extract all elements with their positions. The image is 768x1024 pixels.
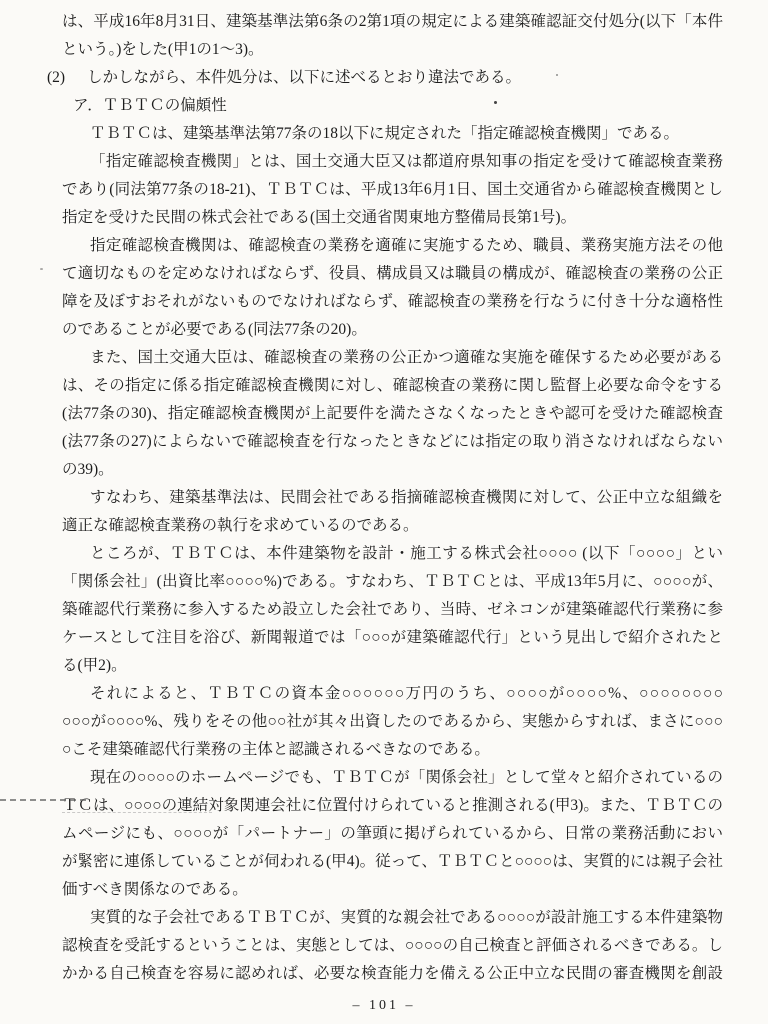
text-line: 認検査を受託するということは、実態としては、○○○○の自己検査と評価されるべきで…	[62, 932, 723, 960]
line-text: 障を及ぼすおそれがないものでなければならず、確認検査の業務を行なうに付き十分な適…	[62, 288, 723, 316]
scan-speck	[494, 101, 497, 104]
text-line: ＴＢＴＣは、建築基準法第77条の18以下に規定された「指定確認検査機関」である。	[62, 120, 723, 148]
text-line: は、平成16年8月31日、建築基準法第6条の2第1項の規定による建築確認証交付処…	[62, 8, 723, 36]
scan-artifact-underline	[62, 812, 212, 813]
line-text: という。)をした(甲1の1～3)。	[62, 41, 264, 58]
text-line: 実質的な子会社であるＴＢＴＣが、実質的な親会社である○○○○が設計施工する本件建…	[62, 904, 723, 932]
line-text: ＴＣは、○○○○の連結対象関連会社に位置付けられていると推測される(甲3)。また…	[62, 792, 723, 820]
text-line: のであることが必要である(同法77条の20)。	[62, 316, 723, 344]
text-line: ところが、ＴＢＴＣは、本件建築物を設計・施工する株式会社○○○○ (以下「○○○…	[62, 540, 723, 568]
text-line: かかる自己検査を容易に認めれば、必要な検査能力を備える公正中立な民間の審査機関を…	[62, 960, 723, 988]
text-line: 「関係会社」(出資比率○○○○%)である。すなわち、ＴＢＴＣとは、平成13年5月…	[62, 568, 723, 596]
line-text: しかしながら、本件処分は、以下に述べるとおり違法である。	[87, 69, 521, 86]
line-text: は、平成16年8月31日、建築基準法第6条の2第1項の規定による建築確認証交付処…	[62, 8, 723, 36]
document-lines: は、平成16年8月31日、建築基準法第6条の2第1項の規定による建築確認証交付処…	[62, 8, 723, 988]
text-line: 現在の○○○○のホームページでも、ＴＢＴＣが「関係会社」として堂々と紹介されてい…	[62, 764, 723, 792]
line-text: ○こそ建築確認代行業務の主体と認識されるべきなのである。	[62, 741, 490, 758]
line-text: は、その指定に係る指定確認検査機関に対し、確認検査の業務に関し監督上必要な命令を…	[62, 372, 723, 400]
line-text: 適正な確認検査業務の執行を求めているのである。	[62, 517, 419, 534]
text-line: て適切なものを定めなければならず、役員、構成員又は職員の構成が、確認検査の業務の…	[62, 260, 723, 288]
line-text: 認検査を受託するということは、実態としては、○○○○の自己検査と評価されるべきで…	[62, 932, 723, 960]
text-line: 築確認代行業務に参入するため設立した会社であり、当時、ゼネコンが建築確認代行業務…	[62, 596, 723, 624]
text-line: 「指定確認検査機関」とは、国土交通大臣又は都道府県知事の指定を受けて確認検査業務…	[62, 148, 723, 176]
line-text: 現在の○○○○のホームページでも、ＴＢＴＣが「関係会社」として堂々と紹介されてい…	[90, 764, 723, 792]
text-line: 価すべき関係なのである。	[62, 876, 723, 904]
line-text: (法77条の30)、指定確認検査機関が上記要件を満たさなくなったときや認可を受け…	[62, 400, 723, 428]
scanned-page: は、平成16年8月31日、建築基準法第6条の2第1項の規定による建築確認証交付処…	[0, 0, 768, 1024]
text-line: ○○○が○○○○%、残りをその他○○社が其々出資したのであるから、実態からすれば…	[62, 708, 723, 736]
text-line: という。)をした(甲1の1～3)。	[62, 36, 723, 64]
text-line: 指定確認検査機関は、確認検査の業務を適確に実施するため、職員、業務実施方法その他…	[62, 232, 723, 260]
text-line: は、その指定に係る指定確認検査機関に対し、確認検査の業務に関し監督上必要な命令を…	[62, 372, 723, 400]
text-line: 指定を受けた民間の株式会社である(国土交通省関東地方整備局長第1号)。	[62, 204, 723, 232]
text-line: すなわち、建築基準法は、民間会社である指摘確認検査機関に対して、公正中立な組織を…	[62, 484, 723, 512]
line-text: (法77条の27)によらないで確認検査を行なったときなどには指定の取り消さなけれ…	[62, 428, 723, 456]
text-line: の39)。	[62, 456, 723, 484]
line-text: ア．ＴＢＴＣの偏頗性	[73, 97, 227, 114]
line-text: 実質的な子会社であるＴＢＴＣが、実質的な親会社である○○○○が設計施工する本件建…	[90, 904, 723, 932]
text-line: 障を及ぼすおそれがないものでなければならず、確認検査の業務を行なうに付き十分な適…	[62, 288, 723, 316]
text-line: ＴＣは、○○○○の連結対象関連会社に位置付けられていると推測される(甲3)。また…	[62, 792, 723, 820]
line-text: ところが、ＴＢＴＣは、本件建築物を設計・施工する株式会社○○○○ (以下「○○○…	[90, 540, 723, 568]
text-line: ムページにも、○○○○が「パートナー」の筆頭に掲げられているから、日常の業務活動…	[62, 820, 723, 848]
text-line: ケースとして注目を浴び、新聞報道では「○○○が建築確認代行」という見出しで紹介さ…	[62, 624, 723, 652]
line-text: 価すべき関係なのである。	[62, 881, 248, 898]
list-marker: (2)	[47, 64, 87, 92]
line-text: 指定を受けた民間の株式会社である(国土交通省関東地方整備局長第1号)。	[62, 209, 576, 226]
line-text: のであることが必要である(同法77条の20)。	[62, 321, 367, 338]
line-text: であり(同法第77条の18-21)、ＴＢＴＣは、平成13年6月1日、国土交通省か…	[62, 176, 723, 204]
page-number: – 101 –	[0, 998, 768, 1014]
line-text: 「関係会社」(出資比率○○○○%)である。すなわち、ＴＢＴＣとは、平成13年5月…	[62, 568, 723, 596]
line-text: また、国土交通大臣は、確認検査の業務の公正かつ適確な実施を確保するため必要がある…	[90, 344, 723, 372]
line-text: の39)。	[62, 461, 114, 478]
line-text: ＴＢＴＣは、建築基準法第77条の18以下に規定された「指定確認検査機関」である。	[90, 125, 679, 142]
text-line: (法77条の30)、指定確認検査機関が上記要件を満たさなくなったときや認可を受け…	[62, 400, 723, 428]
line-text: すなわち、建築基準法は、民間会社である指摘確認検査機関に対して、公正中立な組織を…	[90, 484, 723, 512]
text-line: ○こそ建築確認代行業務の主体と認識されるべきなのである。	[62, 736, 723, 764]
line-text: が緊密に連係していることが伺われる(甲4)。従って、ＴＢＴＣと○○○○は、実質的…	[62, 848, 723, 876]
line-text: る(甲2)。	[62, 657, 127, 674]
scan-artifact-dashes	[0, 799, 86, 801]
line-text: ムページにも、○○○○が「パートナー」の筆頭に掲げられているから、日常の業務活動…	[62, 820, 723, 848]
line-text: ケースとして注目を浴び、新聞報道では「○○○が建築確認代行」という見出しで紹介さ…	[62, 624, 723, 652]
line-text: 「指定確認検査機関」とは、国土交通大臣又は都道府県知事の指定を受けて確認検査業務…	[90, 148, 723, 176]
text-line: (2)しかしながら、本件処分は、以下に述べるとおり違法である。	[47, 64, 723, 92]
text-line: それによると、ＴＢＴＣの資本金○○○○○○万円のうち、○○○○が○○○○%、○○…	[62, 680, 723, 708]
scan-speck	[556, 74, 558, 76]
text-line: が緊密に連係していることが伺われる(甲4)。従って、ＴＢＴＣと○○○○は、実質的…	[62, 848, 723, 876]
text-line: 適正な確認検査業務の執行を求めているのである。	[62, 512, 723, 540]
line-text: 指定確認検査機関は、確認検査の業務を適確に実施するため、職員、業務実施方法その他…	[90, 232, 723, 260]
line-text: 築確認代行業務に参入するため設立した会社であり、当時、ゼネコンが建築確認代行業務…	[62, 596, 723, 624]
line-text: かかる自己検査を容易に認めれば、必要な検査能力を備える公正中立な民間の審査機関を…	[62, 960, 723, 988]
text-line: また、国土交通大臣は、確認検査の業務の公正かつ適確な実施を確保するため必要がある…	[62, 344, 723, 372]
line-text: それによると、ＴＢＴＣの資本金○○○○○○万円のうち、○○○○が○○○○%、○○…	[90, 680, 723, 708]
text-line: る(甲2)。	[62, 652, 723, 680]
scan-speck	[40, 268, 43, 270]
line-text: て適切なものを定めなければならず、役員、構成員又は職員の構成が、確認検査の業務の…	[62, 260, 723, 288]
text-line: であり(同法第77条の18-21)、ＴＢＴＣは、平成13年6月1日、国土交通省か…	[62, 176, 723, 204]
text-line: (法77条の27)によらないで確認検査を行なったときなどには指定の取り消さなけれ…	[62, 428, 723, 456]
text-line: ア．ＴＢＴＣの偏頗性	[62, 92, 723, 120]
line-text: ○○○が○○○○%、残りをその他○○社が其々出資したのであるから、実態からすれば…	[62, 708, 723, 736]
